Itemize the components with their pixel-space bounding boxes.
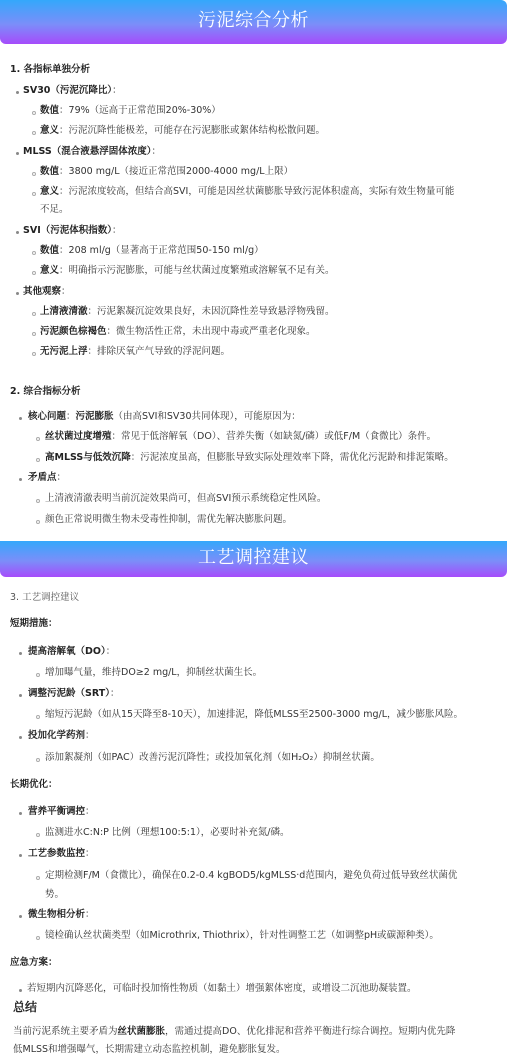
other-observations-item: 其他观察： <box>23 285 71 299</box>
control-banner-title: 工艺调控建议 <box>198 547 309 568</box>
chemical-dosing-detail: 添加絮凝剂（如PAC）改善污泥沉降性；或投加氧化剂（如H₂O₂）抑制丝状菌。 <box>45 751 380 765</box>
bullet-icon <box>19 812 22 815</box>
svi-value: 数值：208 ml/g（显著高于正常范围50-150 ml/g） <box>40 244 264 258</box>
sub-bullet-icon <box>32 251 36 255</box>
sub-bullet-icon <box>32 131 36 135</box>
sub-bullet-icon <box>36 833 40 837</box>
section3-heading: 3. 工艺调控建议 <box>10 591 79 605</box>
sub-bullet-icon <box>36 437 40 441</box>
sub-bullet-icon <box>36 499 40 503</box>
bullet-icon <box>19 854 22 857</box>
mlss-item: MLSS（混合液悬浮固体浓度）： <box>23 145 161 159</box>
microbial-analysis-detail: 镜检确认丝状菌类型（如Microthrix, Thiothrix），针对性调整工… <box>45 929 439 943</box>
mlss-value: 数值：3800 mg/L（接近正常范围2000-4000 mg/L上限） <box>40 165 293 179</box>
bullet-icon <box>19 915 22 918</box>
sub-bullet-icon <box>32 332 36 336</box>
short-term-heading: 短期措施： <box>10 617 58 631</box>
contradiction-1: 上清液清澈表明当前沉淀效果尚可，但高SVI预示系统稳定性风险。 <box>45 492 326 506</box>
contradiction-2: 颜色正常说明微生物未受毒性抑制，需优先解决膨胀问题。 <box>45 513 292 527</box>
chemical-dosing-item: 投加化学药剂： <box>28 729 95 743</box>
sub-bullet-icon <box>32 192 36 196</box>
section2-heading: 2. 综合指标分析 <box>10 383 81 397</box>
mlss-meaning-cont: 不足。 <box>40 203 69 217</box>
svi-meaning: 意义：明确指示污泥膨胀，可能与丝状菌过度繁殖或溶解氧不足有关。 <box>40 264 335 278</box>
bullet-icon <box>19 652 22 655</box>
nutrient-balance-detail: 监测进水C:N:P 比例（理想100:5:1），必要时补充氮/磷。 <box>45 826 289 840</box>
bullet-icon <box>16 231 19 234</box>
bullet-icon <box>19 736 22 739</box>
contradiction-item: 矛盾点： <box>28 471 66 485</box>
svi-item: SVI（污泥体积指数）： <box>23 224 122 238</box>
bullet-icon <box>16 91 19 94</box>
analysis-banner-title: 污泥综合分析 <box>198 10 309 31</box>
sv30-value: 数值：79%（远高于正常范围20%-30%） <box>40 104 221 118</box>
adjust-srt-detail: 缩短污泥龄（如从15天降至8-10天），加速排泥，降低MLSS至2500-300… <box>45 708 463 722</box>
microbial-analysis-item: 微生物相分析： <box>28 908 95 922</box>
sub-bullet-icon <box>36 520 40 524</box>
long-term-heading: 长期优化： <box>10 778 58 792</box>
sub-bullet-icon <box>32 172 36 176</box>
summary-line-2: 低MLSS和增强曝气，长期需建立动态监控机制，避免膨胀复发。 <box>13 1043 286 1057</box>
section1-heading: 1. 各指标单独分析 <box>10 61 90 75</box>
high-mlss-cause: 高MLSS与低效沉降：污泥浓度虽高，但膨胀导致实际处理效率下降，需优化污泥龄和排… <box>45 451 454 465</box>
emergency-heading: 应急方案： <box>10 956 58 970</box>
emergency-detail: 若短期内沉降恶化，可临时投加惰性物质（如黏土）增强絮体密度，或增设二沉池助凝装置… <box>27 982 417 996</box>
sub-bullet-icon <box>36 673 40 677</box>
filamentous-cause: 丝状菌过度增殖：常见于低溶解氧（DO）、营养失衡（如缺氮/磷）或低F/M（食微比… <box>45 430 436 444</box>
obs-color: 污泥颜色棕褐色：微生物活性正常，未出现中毒或严重老化现象。 <box>40 325 316 339</box>
sub-bullet-icon <box>36 876 40 880</box>
raise-do-detail: 增加曝气量，维持DO≥2 mg/L，抑制丝状菌生长。 <box>45 666 262 680</box>
bullet-icon <box>19 989 22 992</box>
process-monitoring-detail-cont: 势。 <box>45 888 64 902</box>
sub-bullet-icon <box>32 271 36 275</box>
sub-bullet-icon <box>36 458 40 462</box>
analysis-banner: 污泥综合分析 <box>0 0 507 44</box>
mlss-meaning: 意义：污泥浓度较高，但结合高SVI，可能是因丝状菌膨胀导致污泥体积虚高，实际有效… <box>40 185 454 199</box>
sub-bullet-icon <box>36 758 40 762</box>
obs-supernatant: 上清液清澈：污泥絮凝沉淀效果良好，未因沉降性差导致悬浮物残留。 <box>40 305 335 319</box>
bullet-icon <box>16 152 19 155</box>
sv30-item: SV30（污泥沉降比）： <box>23 84 122 98</box>
core-problem-item: 核心问题：污泥膨胀（由高SVI和SV30共同体现），可能原因为： <box>28 410 301 424</box>
raise-do-item: 提高溶解氧（DO）： <box>28 645 115 659</box>
nutrient-balance-item: 营养平衡调控： <box>28 805 95 819</box>
summary-heading: 总结 <box>13 998 37 1015</box>
sub-bullet-icon <box>36 715 40 719</box>
summary-line-1: 当前污泥系统主要矛盾为丝状菌膨胀，需通过提高DO、优化排泥和营养平衡进行综合调控… <box>13 1025 455 1039</box>
bullet-icon <box>19 417 22 420</box>
process-monitoring-item: 工艺参数监控： <box>28 847 95 861</box>
bullet-icon <box>19 478 22 481</box>
sub-bullet-icon <box>32 352 36 356</box>
obs-no-floating: 无污泥上浮：排除厌氧产气导致的浮泥问题。 <box>40 345 230 359</box>
control-banner: 工艺调控建议 <box>0 541 507 577</box>
bullet-icon <box>16 292 19 295</box>
bullet-icon <box>19 694 22 697</box>
sub-bullet-icon <box>32 111 36 115</box>
adjust-srt-item: 调整污泥龄（SRT）： <box>28 687 119 701</box>
sub-bullet-icon <box>36 936 40 940</box>
sv30-meaning: 意义：污泥沉降性能极差，可能存在污泥膨胀或絮体结构松散问题。 <box>40 124 325 138</box>
process-monitoring-detail: 定期检测F/M（食微比），确保在0.2-0.4 kgBOD5/kgMLSS·d范… <box>45 869 457 883</box>
sub-bullet-icon <box>32 312 36 316</box>
